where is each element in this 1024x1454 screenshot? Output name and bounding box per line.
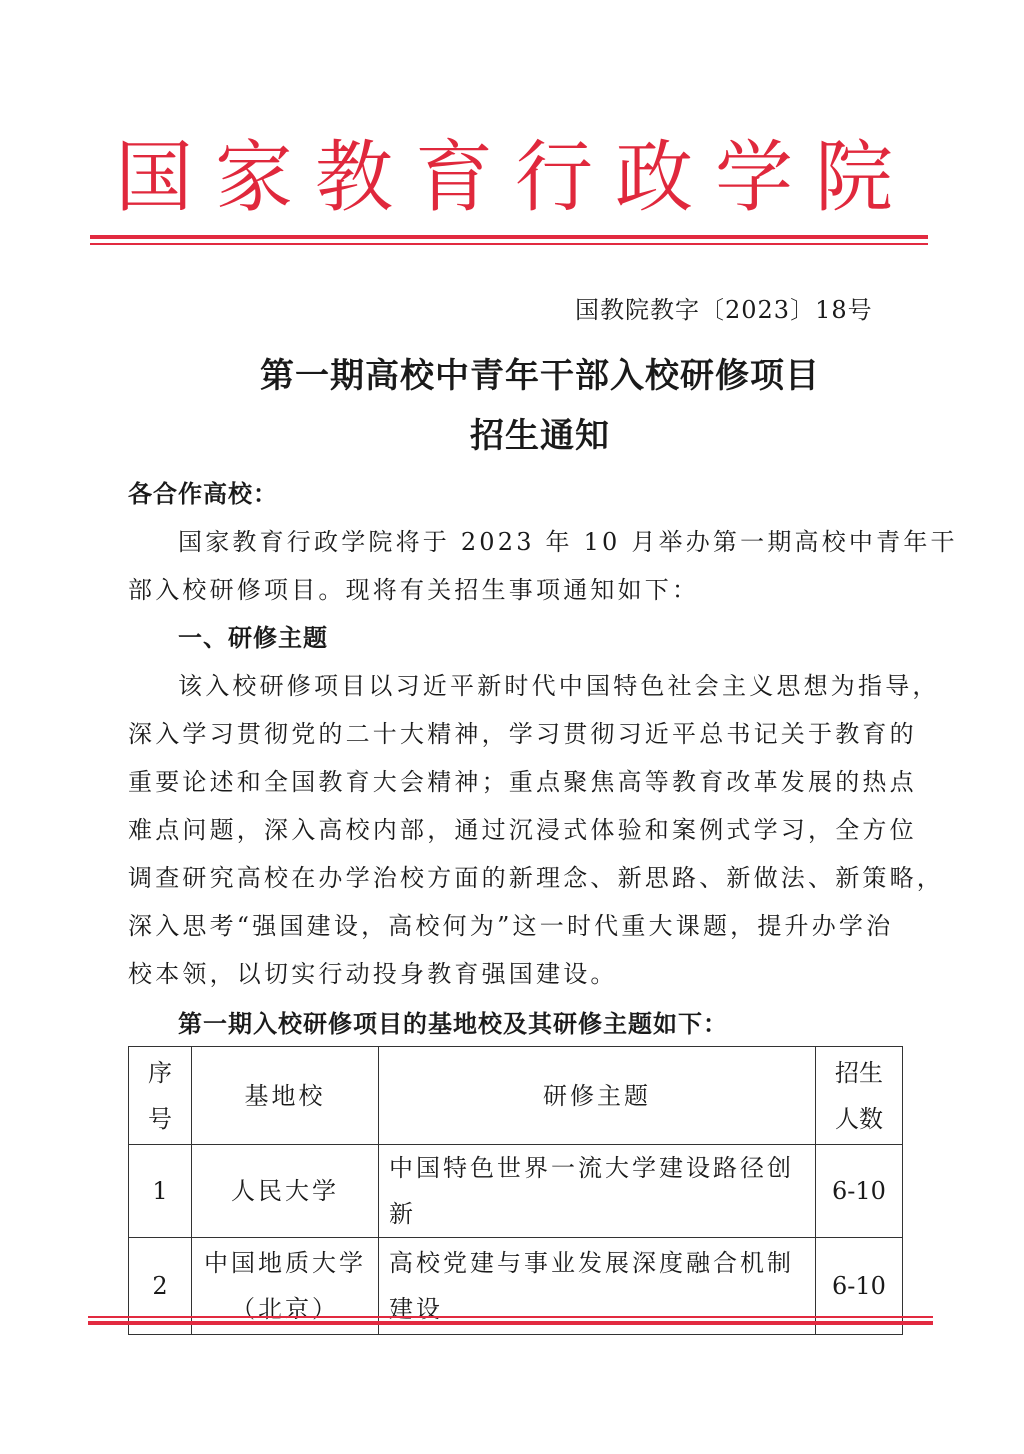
row-theme-line2: 建设 bbox=[389, 1286, 815, 1332]
row-school-line1: 中国地质大学 bbox=[192, 1240, 378, 1286]
section1-line-3: 重要论述和全国教育大会精神；重点聚焦高等教育改革发展的热点 bbox=[128, 758, 908, 806]
row-index: 2 bbox=[129, 1238, 192, 1335]
row-quota: 6-10 bbox=[816, 1238, 903, 1335]
section-heading-1: 一、研修主题 bbox=[178, 614, 958, 662]
row-theme: 中国特色世界一流大学建设路径创新 bbox=[379, 1145, 816, 1238]
header-quota: 招生 人数 bbox=[816, 1047, 903, 1145]
header-index: 序 号 bbox=[129, 1047, 192, 1145]
header-quota-line2: 人数 bbox=[816, 1096, 902, 1142]
row-school-line2: （北京） bbox=[192, 1286, 378, 1332]
row-theme: 高校党建与事业发展深度融合机制 建设 bbox=[379, 1238, 816, 1335]
section1-line-2: 深入学习贯彻党的二十大精神，学习贯彻习近平总书记关于教育的 bbox=[128, 710, 908, 758]
section1-line-4: 难点问题，深入高校内部，通过沉浸式体验和案例式学习，全方位 bbox=[128, 806, 908, 854]
header-school: 基地校 bbox=[192, 1047, 379, 1145]
table-row: 1 人民大学 中国特色世界一流大学建设路径创新 6-10 bbox=[129, 1145, 903, 1238]
section1-line-5: 调查研究高校在办学治校方面的新理念、新思路、新做法、新策略， bbox=[128, 854, 908, 902]
row-index: 1 bbox=[129, 1145, 192, 1238]
table-header-row: 序 号 基地校 研修主题 招生 人数 bbox=[129, 1047, 903, 1145]
table-caption: 第一期入校研修项目的基地校及其研修主题如下： bbox=[178, 1000, 958, 1048]
document-title-line2: 招生通知 bbox=[150, 410, 930, 462]
header-divider-thick bbox=[90, 235, 928, 239]
document-number: 国教院教字〔2023〕18号 bbox=[575, 290, 905, 330]
section1-line-7: 校本领，以切实行动投身教育强国建设。 bbox=[128, 950, 908, 998]
header-quota-line1: 招生 bbox=[816, 1050, 902, 1096]
footer-divider-thick bbox=[88, 1321, 933, 1325]
row-school: 人民大学 bbox=[192, 1145, 379, 1238]
table-row: 2 中国地质大学 （北京） 高校党建与事业发展深度融合机制 建设 6-10 bbox=[129, 1238, 903, 1335]
header-divider-thin bbox=[90, 243, 928, 245]
intro-line-2: 部入校研修项目。现将有关招生事项通知如下： bbox=[128, 566, 908, 614]
intro-line-1: 国家教育行政学院将于 2023 年 10 月举办第一期高校中青年干 bbox=[178, 518, 958, 566]
header-index-line2: 号 bbox=[129, 1096, 191, 1142]
header-theme: 研修主题 bbox=[379, 1047, 816, 1145]
footer-divider-thin bbox=[88, 1316, 933, 1318]
base-schools-table: 序 号 基地校 研修主题 招生 人数 1 人民大学 中国特色世界一流大学建设路径… bbox=[128, 1046, 903, 1335]
section1-line-1: 该入校研修项目以习近平新时代中国特色社会主义思想为指导， bbox=[178, 662, 958, 710]
row-quota: 6-10 bbox=[816, 1145, 903, 1238]
row-theme-line1: 高校党建与事业发展深度融合机制 bbox=[389, 1240, 815, 1286]
row-school: 中国地质大学 （北京） bbox=[192, 1238, 379, 1335]
section1-line-6: 深入思考“强国建设，高校何为”这一时代重大课题，提升办学治 bbox=[128, 902, 908, 950]
document-title-line1: 第一期高校中青年干部入校研修项目 bbox=[150, 350, 930, 402]
institution-masthead: 国家教育行政学院 bbox=[90, 128, 940, 228]
salutation: 各合作高校： bbox=[128, 470, 908, 518]
header-index-line1: 序 bbox=[129, 1050, 191, 1096]
